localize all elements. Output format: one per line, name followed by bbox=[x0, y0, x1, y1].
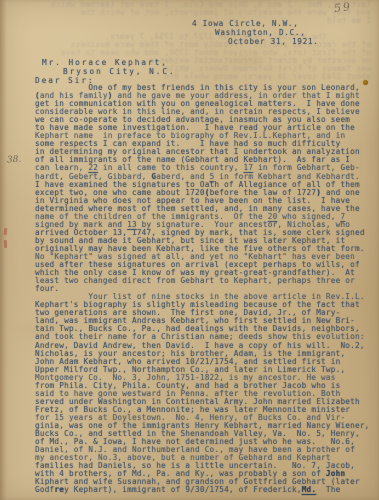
text-line: Your list of nine stocks in the above ar… bbox=[35, 293, 370, 301]
text-line: least two changed direct from Gebhart to… bbox=[35, 277, 370, 285]
sender-address-line1: 4 Iowa Circle, N.W., bbox=[192, 19, 299, 28]
pencil-page-number: 59 bbox=[333, 0, 352, 15]
text-line: No "Kephart" was signed at all, and yet … bbox=[35, 253, 370, 261]
text-line bbox=[8, 25, 371, 33]
text-line: considerable work in this line, and, in … bbox=[35, 108, 370, 116]
letter-date: October 31, 1921. bbox=[228, 37, 319, 46]
letter-page: last let, Mon., 2 and 9, Ohio and Colo. … bbox=[0, 0, 379, 500]
sender-address-line2: Washington, D.C., bbox=[215, 28, 306, 37]
text-line: Kephart name in preface to biography of … bbox=[35, 132, 370, 140]
recipient-name: Mr. Horace Kephart, bbox=[42, 58, 168, 67]
margin-note: 38. bbox=[7, 155, 22, 166]
recipient-city: Bryson City, N.C. bbox=[63, 67, 176, 76]
red-pencil-tick bbox=[4, 228, 7, 235]
text-line: of the first lots, who arrived about 175… bbox=[8, 49, 371, 57]
text-line: Montgomery Co. No. 3, John, 1751-1822, i… bbox=[35, 374, 370, 382]
text-line: and they were the ancestors of immigrant… bbox=[8, 9, 371, 17]
rust-stain-dot bbox=[363, 80, 368, 85]
letter-body: One of my best friends in this city is y… bbox=[35, 84, 370, 494]
text-line: (and his family) and he gave me your add… bbox=[35, 92, 370, 100]
red-pencil-tick bbox=[4, 240, 7, 248]
text-line: said to have gone westward in Penna. aft… bbox=[35, 390, 370, 398]
text-line: I am told bbox=[8, 17, 371, 25]
text-line: Godfrey Kephart), immigrant of 9/30/1754… bbox=[35, 486, 370, 494]
text-line: and took their name for a Christian name… bbox=[35, 333, 370, 341]
text-line: hardt, Gebert, Gibbard, Gaberd, and 5 in… bbox=[35, 173, 370, 181]
text-line: last let, Mon., 2 and 9, Ohio and Colo. … bbox=[8, 1, 371, 9]
text-line: for 15 years at Doylestown. No. 4, Henry… bbox=[35, 414, 370, 422]
text-line: signed by mark and 13 by signature. Your… bbox=[35, 221, 370, 229]
text-line: my ancestor, No.3, above, but a number o… bbox=[35, 454, 370, 462]
